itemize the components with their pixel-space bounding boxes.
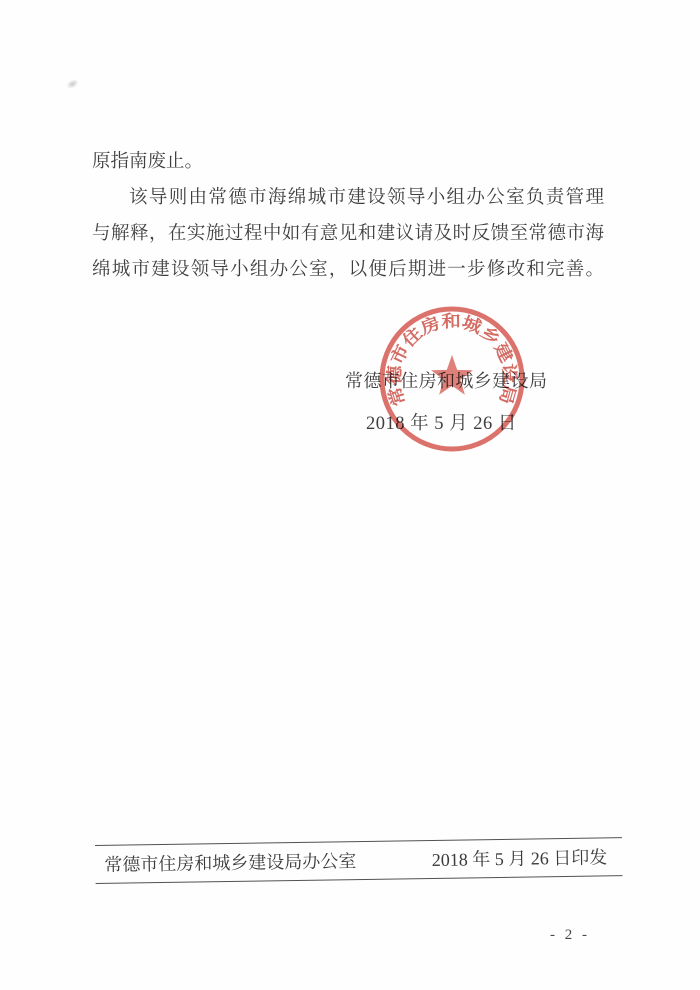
body-line: 绵城市建设领导小组办公室，以便后期进一步修改和完善。 [92,252,604,288]
page-number: - 2 - [538,927,602,944]
scanned-document-page: 原指南废止。 该导则由常德市海绵城市建设领导小组办公室负责管理 与解释，在实施过… [0,0,700,990]
body-line: 原指南废止。 [92,144,604,180]
official-seal: 常德市住房和城乡建设局 [372,299,532,459]
red-star-icon [431,355,473,395]
body-line: 该导则由常德市海绵城市建设领导小组办公室负责管理 [92,180,604,216]
document-footer: 常德市住房和城乡建设局办公室 2018 年 5 月 26 日印发 [95,837,623,884]
footer-issuing-office: 常德市住房和城乡建设局办公室 [104,847,356,877]
document-body: 原指南废止。 该导则由常德市海绵城市建设领导小组办公室负责管理 与解释，在实施过… [92,144,604,288]
footer-print-date: 2018 年 5 月 26 日印发 [432,843,608,872]
body-line: 与解释，在实施过程中如有意见和建议请及时反馈至常德市海 [92,216,604,252]
scan-artifact-smudge [65,77,80,90]
